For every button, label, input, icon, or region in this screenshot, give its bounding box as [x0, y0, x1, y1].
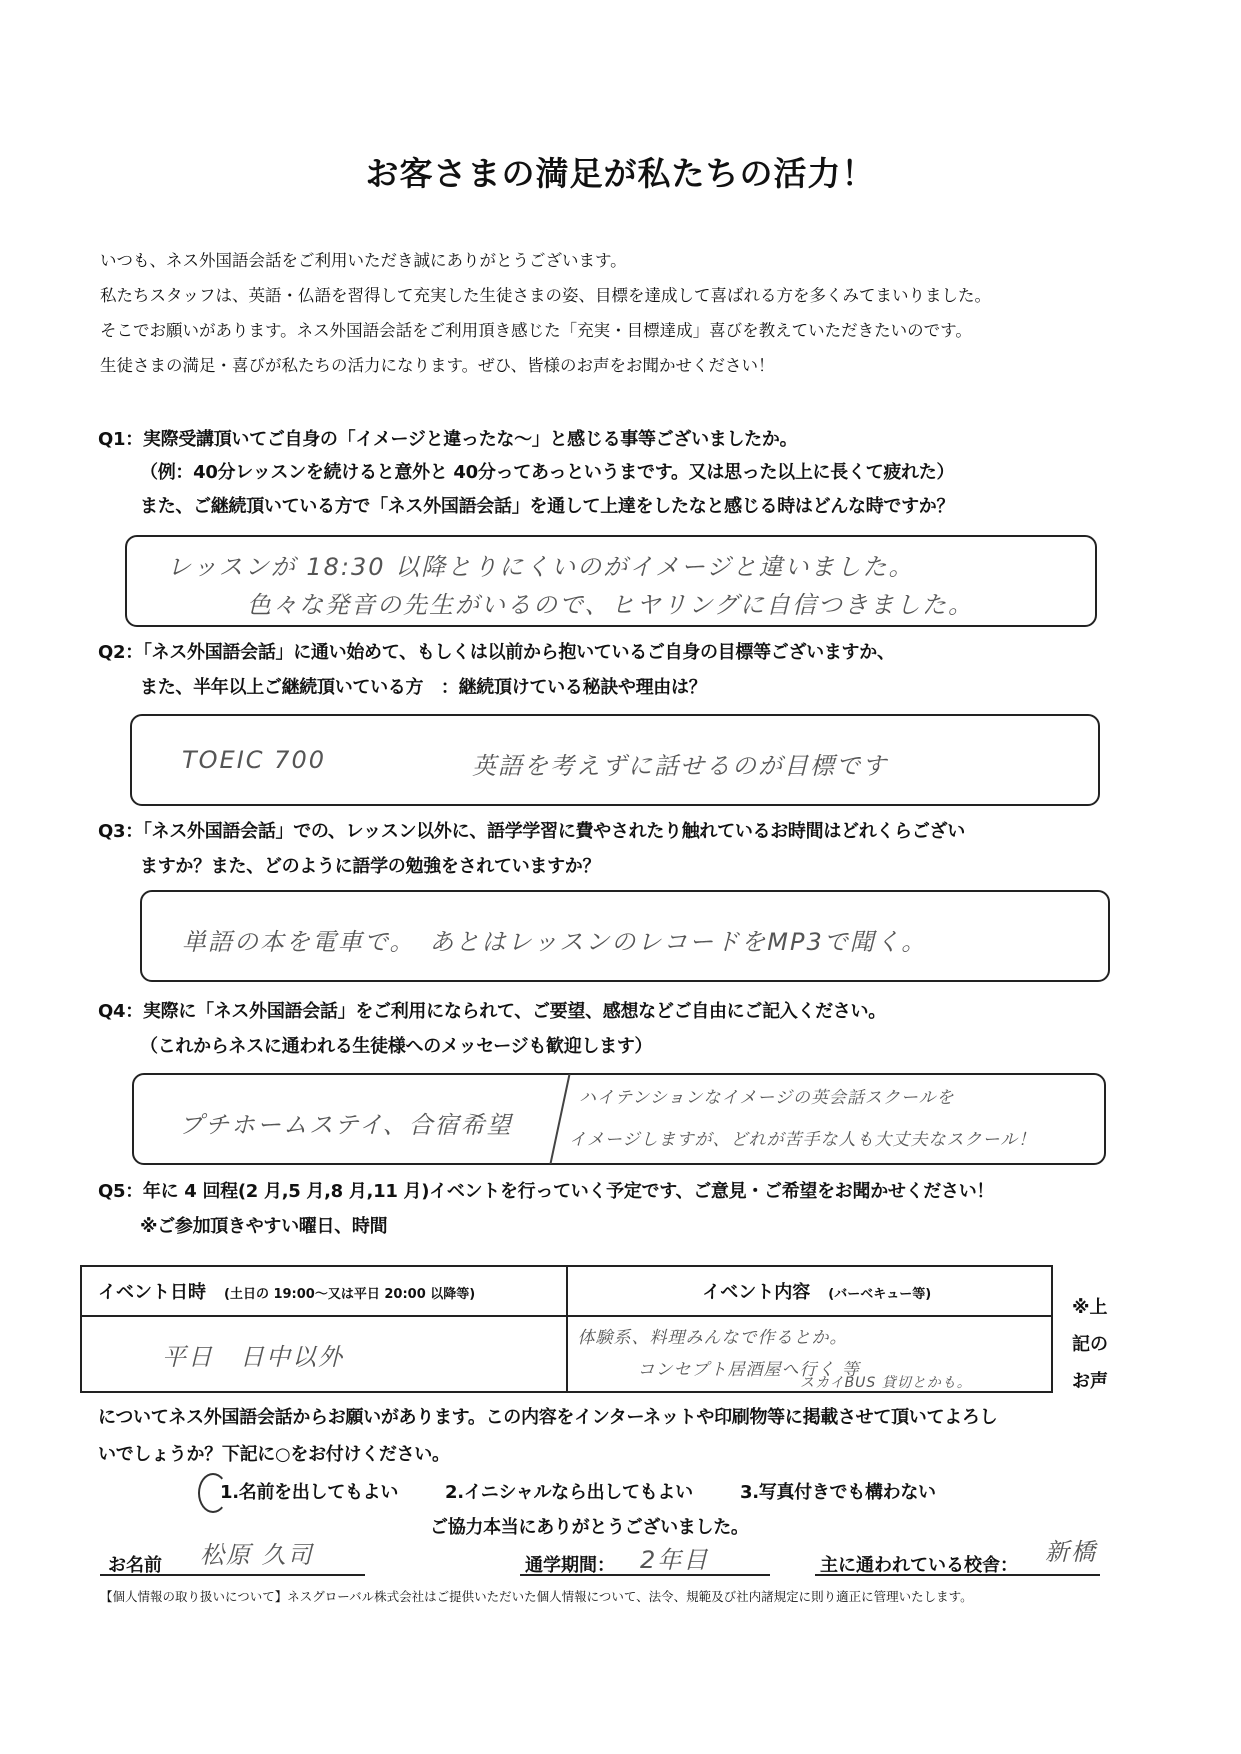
question-q2: Q2：「ネス外国語会話」に通い始めて、もしくは以前から抱いているご自身の目標等ご… — [98, 638, 895, 664]
header-sub: (土日の 19:00～又は平日 20:00 以降等) — [224, 1287, 475, 1302]
intro-line: 生徒さまの満足・喜びが私たちの活力になります。ぜひ、皆様のお声をお聞かせください… — [100, 352, 775, 376]
answer-q4-message-line2: イメージしますが、どれが苦手な人も大丈夫なスクール！ — [569, 1125, 1036, 1150]
answer-q1-line2: 色々な発音の先生がいるので、ヒヤリングに自信つきました。 — [247, 585, 974, 620]
option-3-photo-ok[interactable]: 3.写真付きでも構わない — [740, 1478, 936, 1504]
privacy-notice: 【個人情報の取り扱いについて】ネスグローバル株式会社はご提供いただいた個人情報に… — [100, 1587, 973, 1605]
answer-q4-message-line1: ハイテンションなイメージの英会話スクールを — [579, 1083, 955, 1108]
header-event-content: イベント内容(バーベキュー等) — [567, 1266, 1053, 1316]
answer-q4-request: プチホームステイ、合宿希望 — [179, 1105, 513, 1140]
event-content-line1: 体験系、料理みんなで作るとか。 — [578, 1323, 848, 1348]
permission-text: いでしょうか？下記に○をお付けください。 — [98, 1440, 450, 1466]
side-note-line: お声 — [1072, 1367, 1108, 1393]
school-underline — [815, 1574, 1100, 1576]
event-datetime-value: 平日 日中以外 — [162, 1337, 344, 1372]
divider-slash — [549, 1074, 570, 1164]
option-2-initials-ok[interactable]: 2.イニシャルなら出してもよい — [445, 1478, 693, 1504]
header-event-datetime: イベント日時(土日の 19:00～又は平日 20:00 以降等) — [81, 1266, 567, 1316]
intro-line: いつも、ネス外国語会話をご利用いただき誠にありがとうございます。 — [100, 247, 627, 271]
question-q1: Q1：実際受講頂いてご自身の「イメージと違ったな～」と感じる事等ございましたか。 — [98, 425, 797, 451]
answer-q2-goal: 英語を考えずに話せるのが目標です — [472, 746, 888, 781]
answer-box-q2[interactable]: TOEIC 700 英語を考えずに話せるのが目標です — [130, 714, 1100, 806]
page-title: お客さまの満足が私たちの活力！ — [0, 148, 1241, 195]
header-sub: (バーベキュー等) — [828, 1287, 931, 1302]
header-label: イベント内容 — [702, 1282, 810, 1303]
permission-text: についてネス外国語会話からお願いがあります。この内容をインターネットや印刷物等に… — [98, 1403, 997, 1429]
question-q2-sub: また、半年以上ご継続頂いている方 ：継続頂けている秘訣や理由は？ — [140, 673, 706, 699]
question-q5: Q5：年に 4 回程(2 月,5 月,8 月,11 月)イベントを行っていく予定… — [98, 1177, 994, 1203]
school-value[interactable]: 新橋 — [1045, 1532, 1097, 1567]
question-q3: Q3：「ネス外国語会話」での、レッスン以外に、語学学習に費やされたり触れているお… — [98, 817, 965, 843]
header-label: イベント日時 — [98, 1282, 206, 1303]
cell-event-datetime[interactable]: 平日 日中以外 — [81, 1316, 567, 1392]
period-underline — [520, 1574, 770, 1576]
answer-box-q3[interactable]: 単語の本を電車で。 あとはレッスンのレコードをMP3で聞く。 — [140, 890, 1110, 982]
event-content-extra: スカイBUS 貸切とかも。 — [800, 1372, 972, 1392]
period-value[interactable]: 2年目 — [640, 1540, 709, 1575]
question-q1-example: （例：40分レッスンを続けると意外と 40分ってあっというまです。又は思った以上… — [140, 458, 954, 484]
answer-box-q1[interactable]: レッスンが 18:30 以降とりにくいのがイメージと違いました。 色々な発音の先… — [125, 535, 1097, 627]
name-underline — [100, 1574, 365, 1576]
name-value[interactable]: 松原 久司 — [200, 1535, 314, 1570]
side-note-line: ※上 — [1072, 1293, 1108, 1319]
answer-q3: 単語の本を電車で。 あとはレッスンのレコードをMP3で聞く。 — [182, 922, 927, 957]
answer-box-q4[interactable]: プチホームステイ、合宿希望 ハイテンションなイメージの英会話スクールを イメージ… — [132, 1073, 1106, 1165]
question-q5-sub: ※ご参加頂きやすい曜日、時間 — [140, 1212, 387, 1238]
intro-line: そこでお願いがあります。ネス外国語会話をご利用頂き感じた「充実・目標達成」喜びを… — [100, 317, 972, 341]
option-1-name-ok[interactable]: 1.名前を出してもよい — [220, 1478, 398, 1504]
answer-q2-goal-score: TOEIC 700 — [182, 746, 326, 774]
question-q4-sub: （これからネスに通われる生徒様へのメッセージも歓迎します） — [140, 1032, 652, 1058]
intro-line: 私たちスタッフは、英語・仏語を習得して充実した生徒さまの姿、目標を達成して喜ばれ… — [100, 282, 991, 306]
question-q4: Q4：実際に「ネス外国語会話」をご利用になられて、ご要望、感想などご自由にご記入… — [98, 997, 886, 1023]
question-q3-sub: ますか？また、どのように語学の勉強をされていますか？ — [140, 852, 600, 878]
question-q1-sub: また、ご継続頂いている方で「ネス外国語会話」を通して上達をしたなと感じる時はどん… — [140, 492, 954, 518]
side-note-line: 記の — [1072, 1330, 1108, 1356]
answer-q1-line1: レッスンが 18:30 以降とりにくいのがイメージと違いました。 — [167, 547, 914, 582]
thanks-text: ご協力本当にありがとうございました。 — [430, 1513, 749, 1539]
